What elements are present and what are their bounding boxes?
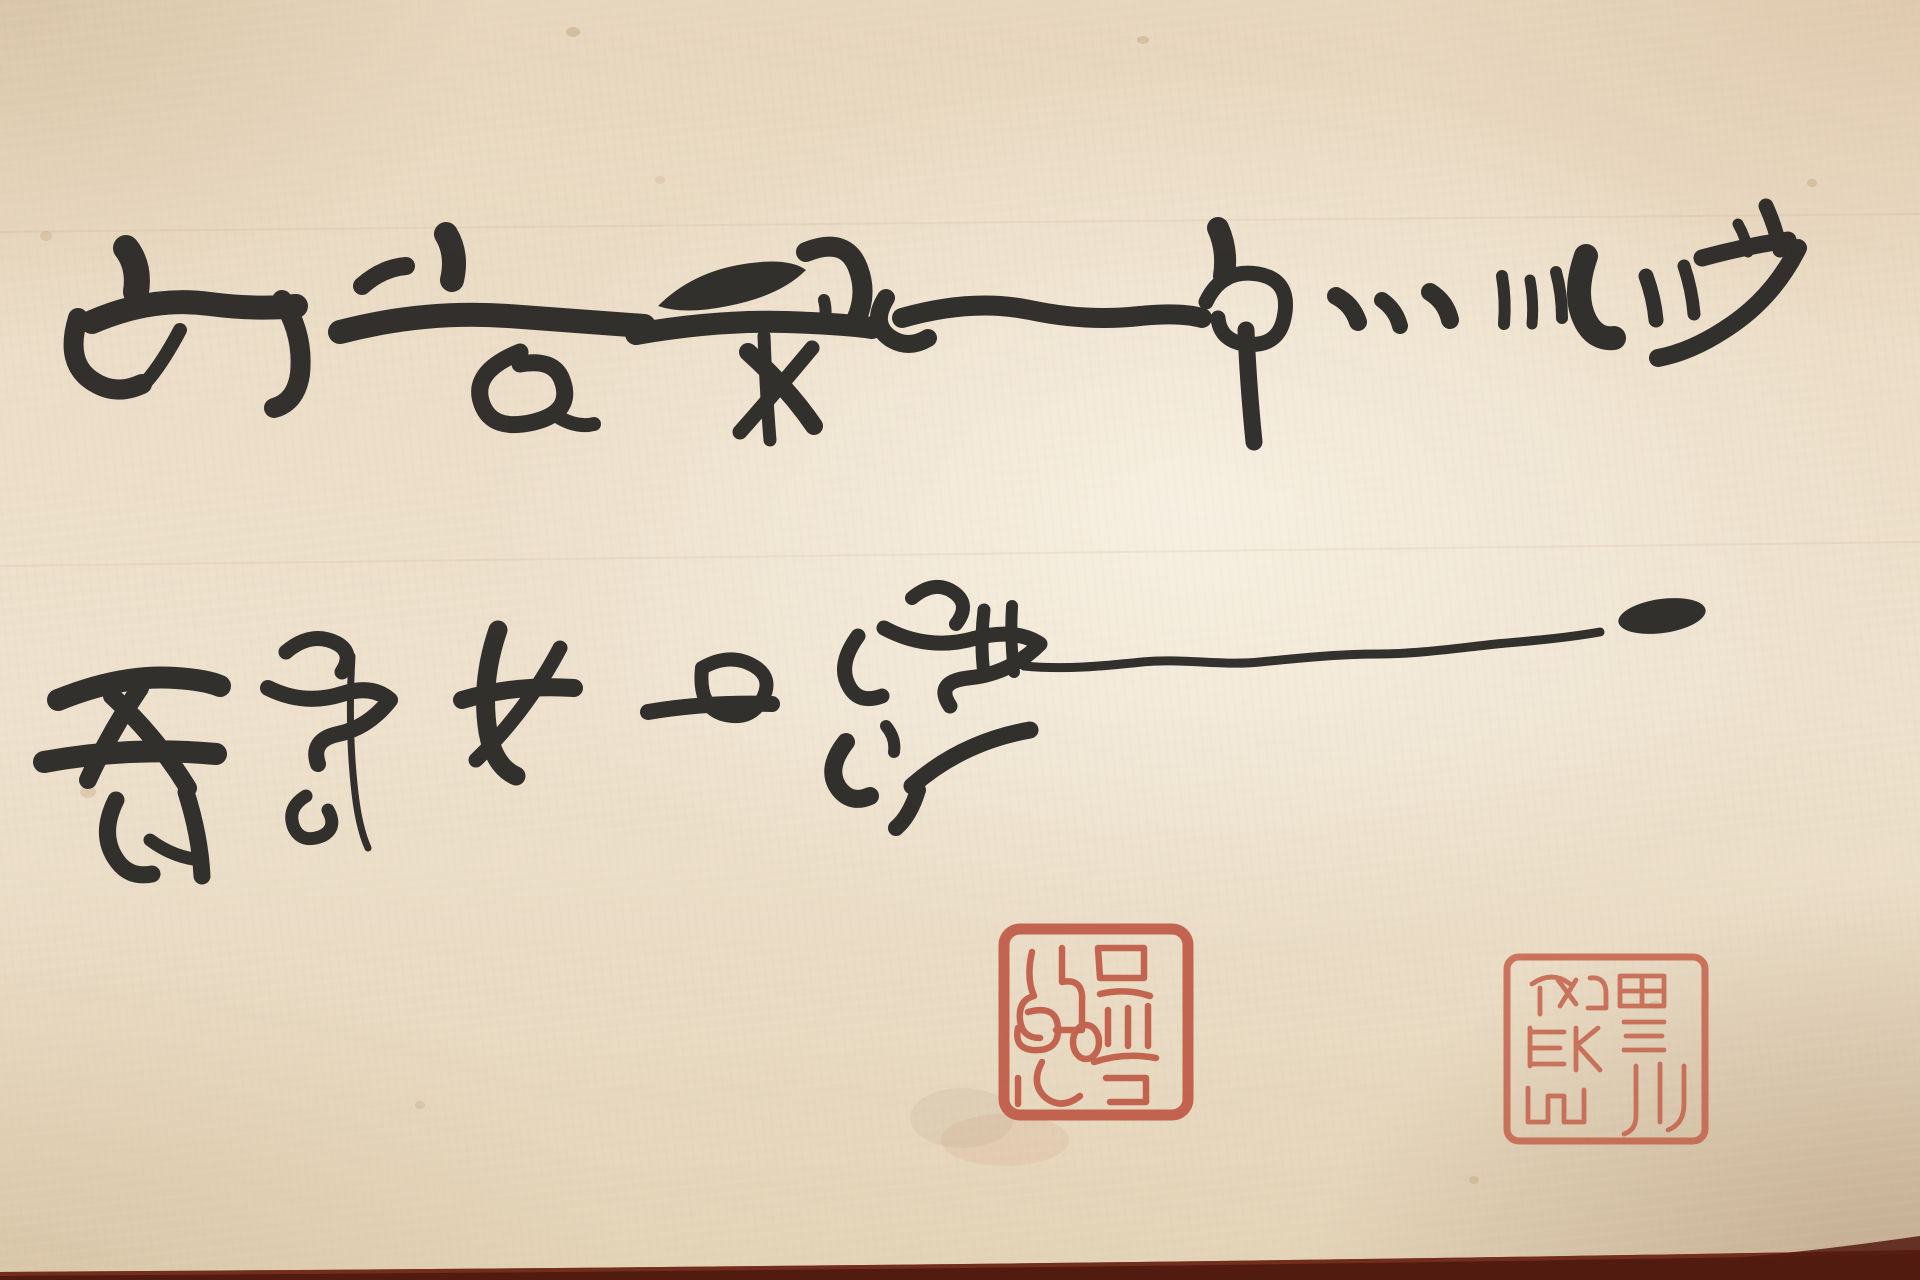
calligraphy-character-6 — [44, 677, 220, 876]
calligraphy-character-4 — [879, 228, 1286, 442]
calligraphy-character-1 — [74, 248, 301, 408]
trailing-stroke — [1024, 593, 1708, 668]
calligraphy-character-5 — [1579, 206, 1798, 358]
calligraphy-character-8 — [462, 630, 772, 776]
table-edge-strip — [0, 1236, 1920, 1280]
seal-left-script — [1017, 948, 1156, 1104]
calligraphy-character-7 — [268, 639, 390, 848]
seal-left — [910, 929, 1188, 1166]
paper-stains — [40, 27, 1817, 1184]
calligraphy-character-3 — [636, 247, 872, 440]
calligraphy-character-2 — [340, 234, 644, 425]
photo-canvas — [0, 0, 1920, 1280]
calligraphy-line-2 — [44, 587, 1708, 876]
calligraphy-character-9 — [833, 587, 1040, 828]
calligraphy-line-1 — [74, 206, 1798, 442]
seal-right — [1507, 957, 1705, 1141]
repetition-dots — [1336, 272, 1562, 326]
artwork-layer — [0, 0, 1920, 1280]
seal-right-script — [1528, 976, 1684, 1134]
